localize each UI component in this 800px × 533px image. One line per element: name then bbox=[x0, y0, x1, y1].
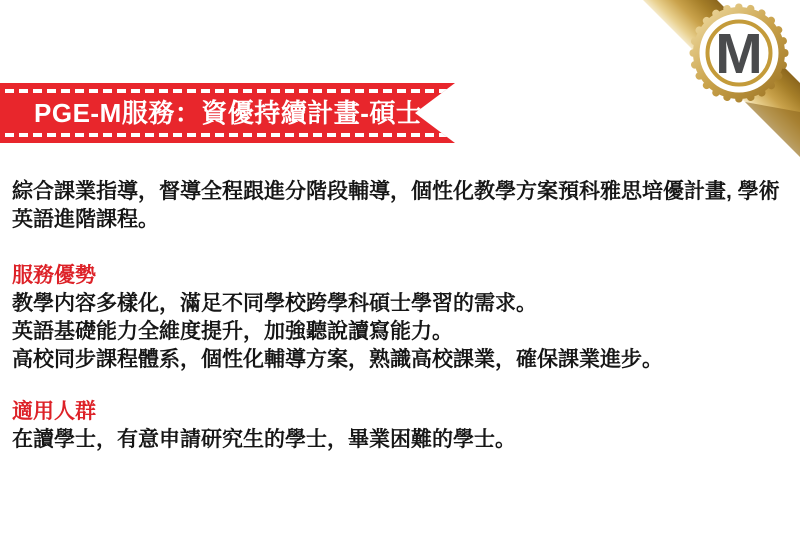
content-area: 綜合課業指導，督導全程跟進分階段輔導，個性化教學方案預科雅思培優計畫, 學術英語… bbox=[12, 178, 788, 454]
section-heading-audience: 適用人群 bbox=[12, 398, 788, 426]
title-ribbon: PGE-M服務：資優持續計畫-碩士 bbox=[0, 83, 455, 143]
advantage-line-2: 英語基礎能力全維度提升，加強聽說讀寫能力。 bbox=[12, 318, 788, 346]
intro-paragraph: 綜合課業指導，督導全程跟進分階段輔導，個性化教學方案預科雅思培優計畫, 學術英語… bbox=[12, 178, 788, 234]
gold-corner-ribbon: M bbox=[628, 0, 800, 170]
medal-seal: M bbox=[693, 7, 785, 99]
advantage-line-3: 高校同步課程體系，個性化輔導方案，熟識高校課業，確保課業進步。 bbox=[12, 346, 788, 374]
section-heading-advantages: 服務優勢 bbox=[12, 262, 788, 290]
medal-letter: M bbox=[715, 22, 762, 86]
advantage-line-1: 教學内容多樣化，滿足不同學校跨學科碩士學習的需求。 bbox=[12, 290, 788, 318]
flyer-page: M PGE-M服務：資優持續計畫-碩士 綜合課業指導，督導全程跟進分階段輔導，個… bbox=[0, 0, 800, 533]
page-title: PGE-M服務：資優持續計畫-碩士 bbox=[34, 83, 422, 143]
audience-line-1: 在讀學士，有意申請研究生的學士，畢業困難的學士。 bbox=[12, 426, 788, 454]
